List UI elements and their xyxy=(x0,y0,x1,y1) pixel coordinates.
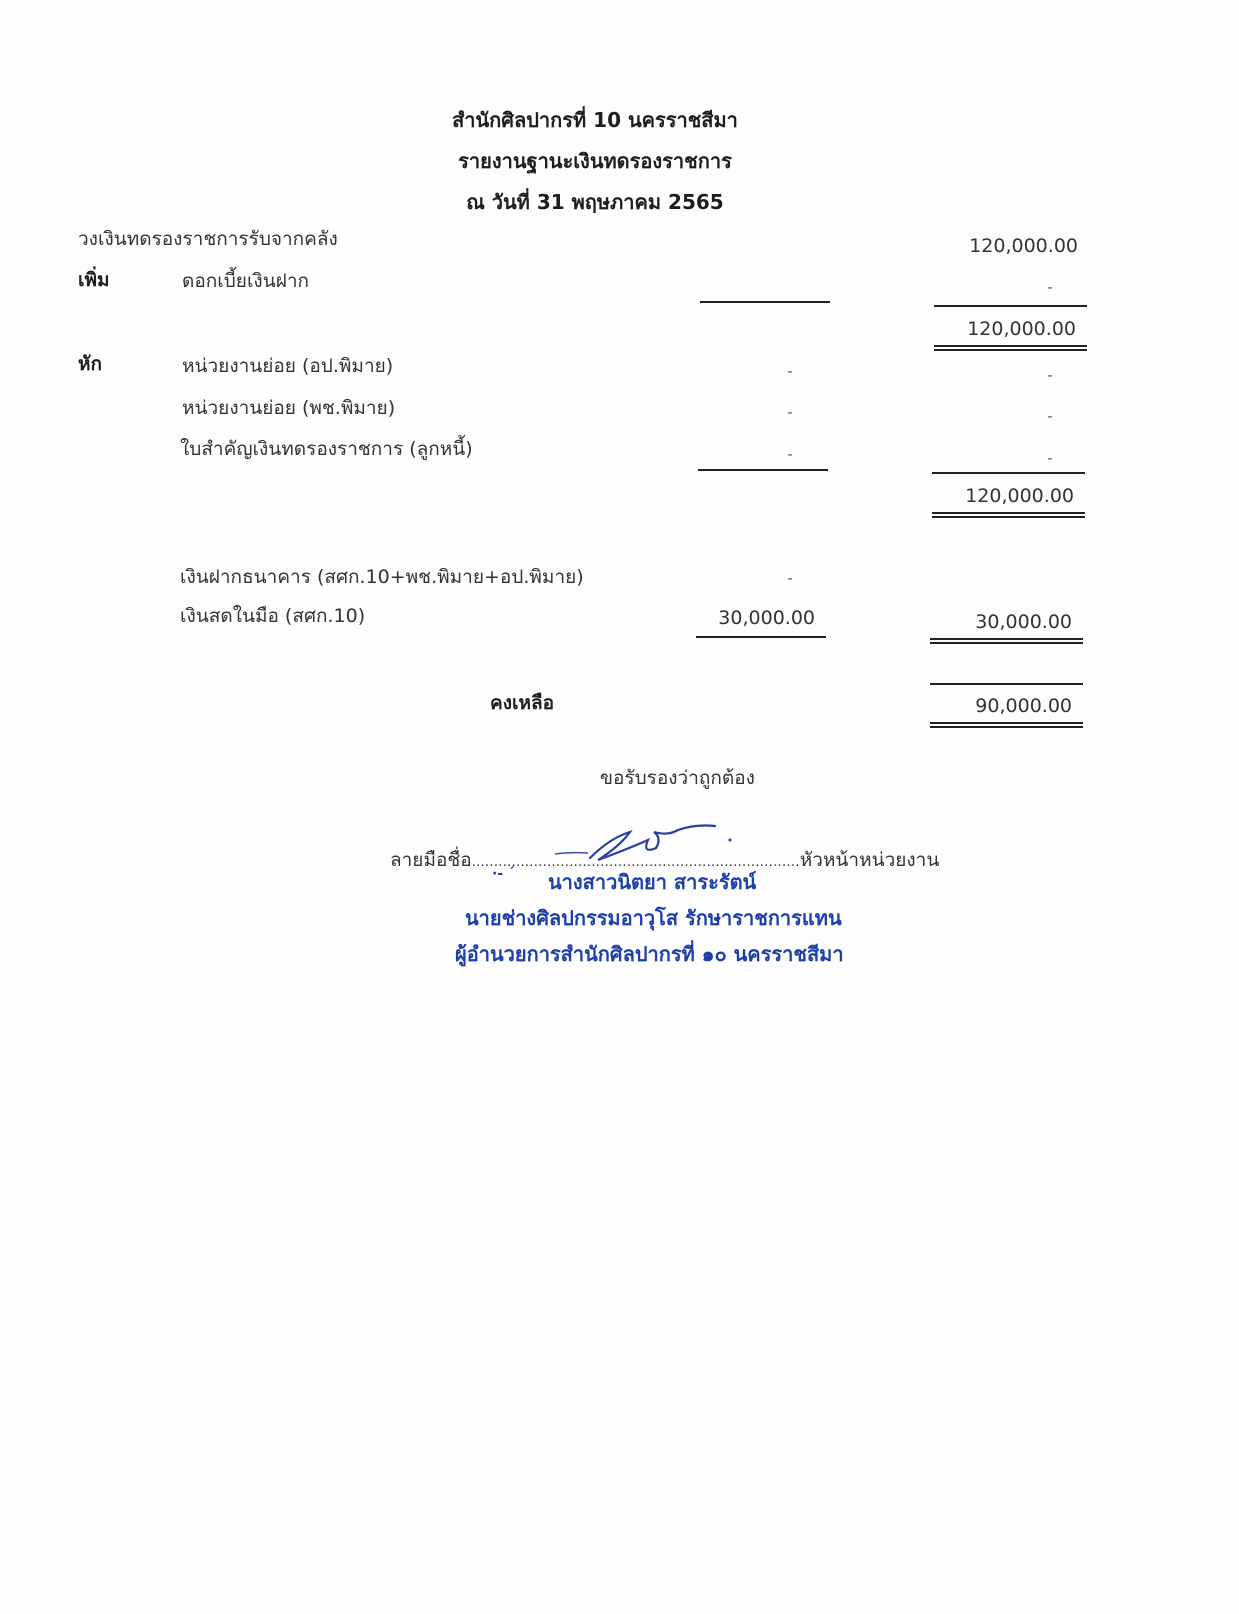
handwritten-signature xyxy=(550,818,750,868)
col2-rule xyxy=(930,683,1083,685)
stamp-position: นายช่างศิลปกรรมอาวุโส รักษาราชการแทน xyxy=(465,902,842,934)
col2-rule xyxy=(934,305,1087,307)
deduct-item-label: หน่วยงานย่อย (อป.พิมาย) xyxy=(182,351,393,381)
deduct-item-label: ใบสำคัญเงินทดรองราชการ (ลูกหนี้) xyxy=(180,434,473,464)
balance-amount: 90,000.00 xyxy=(926,695,1072,717)
cash-on-hand-label: เงินสดในมือ (สศก.10) xyxy=(180,601,365,631)
add-item-interest-label: ดอกเบี้ยเงินฝาก xyxy=(182,266,309,296)
deduct-item-col1: - xyxy=(730,405,850,421)
deduct-item-col2: - xyxy=(990,368,1110,384)
deduct-item-label: หน่วยงานย่อย (พช.พิมาย) xyxy=(182,393,395,423)
col2-rule xyxy=(932,472,1085,474)
deduct-item-col2: - xyxy=(990,409,1110,425)
cash-on-hand-col2: 30,000.00 xyxy=(926,611,1072,633)
col2-double-rule xyxy=(932,512,1085,518)
certification-statement: ขอรับรองว่าถูกต้อง xyxy=(600,763,755,793)
report-date: ณ วันที่ 31 พฤษภาคม 2565 xyxy=(345,186,845,218)
org-title: สำนักศิลปากรที่ 10 นครราชสีมา xyxy=(345,104,845,136)
deduct-item-col1: - xyxy=(730,364,850,380)
deduct-subtotal: 120,000.00 xyxy=(928,485,1074,507)
signature-role: หัวหน้าหน่วยงาน xyxy=(800,849,940,871)
col1-rule xyxy=(698,469,828,471)
balance-double-rule xyxy=(930,722,1083,728)
stamp-mark-icon: ·- ˊ xyxy=(492,866,515,882)
signature-prefix: ลายมือชื่อ xyxy=(390,849,472,871)
col1-rule xyxy=(700,301,830,303)
advance-fund-label: วงเงินทดรองราชการรับจากคลัง xyxy=(78,224,338,254)
deduct-item-col1: - xyxy=(730,447,850,463)
bank-deposit-label: เงินฝากธนาคาร (สศก.10+พช.พิมาย+อป.พิมาย) xyxy=(180,562,584,592)
add-subtotal: 120,000.00 xyxy=(930,318,1076,340)
balance-label: คงเหลือ xyxy=(490,688,554,718)
cash-on-hand-col1: 30,000.00 xyxy=(690,607,815,629)
add-section-label: เพิ่ม xyxy=(78,265,110,295)
col1-rule xyxy=(696,636,826,638)
col2-double-rule xyxy=(934,345,1087,351)
advance-fund-amount: 120,000.00 xyxy=(930,235,1078,257)
col2-double-rule xyxy=(930,638,1083,644)
bank-deposit-col1: - xyxy=(730,571,850,587)
report-title: รายงานฐานะเงินทดรองราชการ xyxy=(345,145,845,177)
stamp-name: นางสาวนิตยา สาระรัตน์ xyxy=(548,866,756,898)
deduct-item-col2: - xyxy=(990,451,1110,467)
add-item-interest-col2: - xyxy=(930,280,1170,296)
stamp-office: ผู้อำนวยการสำนักศิลปากรที่ ๑๐ นครราชสีมา xyxy=(455,938,844,970)
deduct-section-label: หัก xyxy=(78,349,102,379)
